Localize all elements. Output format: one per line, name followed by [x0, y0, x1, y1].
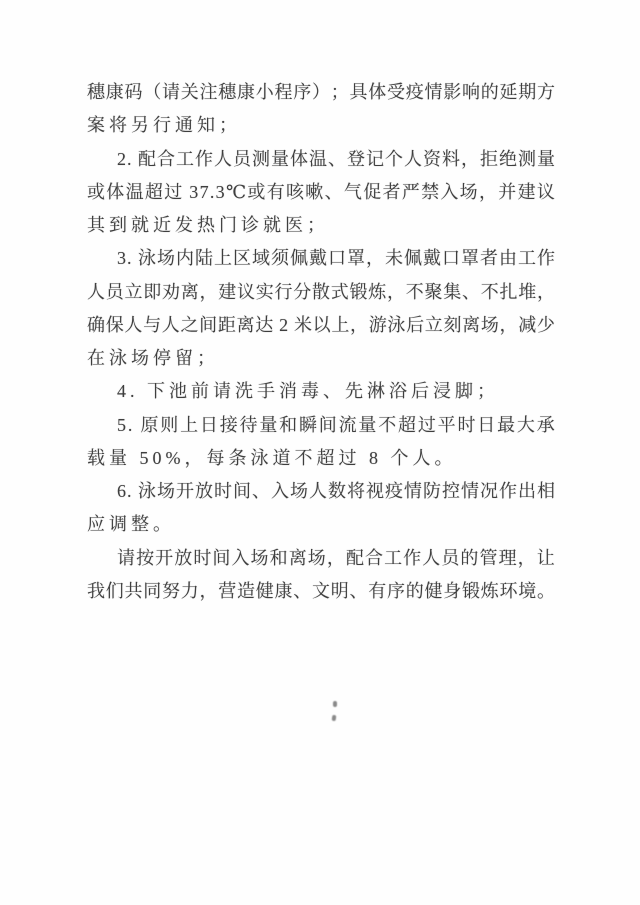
paragraph: 2. 配合工作人员测量体温、登记个人资料，拒绝测量 或体温超过 37.3℃或有咳… [87, 143, 555, 243]
paragraph: 穗康码（请关注穗康小程序）；具体受疫情影响的延期方 案将另行通知； [87, 76, 555, 143]
text-line: 4. 下池前请洗手消毒、先淋浴后浸脚； [87, 375, 555, 408]
paragraph: 5. 原则上日接待量和瞬间流量不超过平时日最大承 载量 50%，每条泳道不超过 … [87, 409, 555, 476]
paragraph: 3. 泳场内陆上区域须佩戴口罩，未佩戴口罩者由工作 人员立即劝离，建议实行分散式… [87, 242, 555, 375]
text-line: 其到就近发热门诊就医； [87, 209, 555, 242]
scan-speck [333, 701, 337, 707]
paragraph: 请按开放时间入场和离场，配合工作人员的管理，让 我们共同努力，营造健康、文明、有… [87, 542, 555, 609]
text-line: 人员立即劝离，建议实行分散式锻炼，不聚集、不扎堆， [87, 276, 555, 309]
text-line: 2. 配合工作人员测量体温、登记个人资料，拒绝测量 [87, 143, 555, 176]
body-text: 穗康码（请关注穗康小程序）；具体受疫情影响的延期方 案将另行通知； 2. 配合工… [87, 76, 555, 608]
document-page: 穗康码（请关注穗康小程序）；具体受疫情影响的延期方 案将另行通知； 2. 配合工… [0, 0, 640, 905]
paragraph: 4. 下池前请洗手消毒、先淋浴后浸脚； [87, 375, 555, 408]
text-line: 我们共同努力，营造健康、文明、有序的健身锻炼环境。 [87, 575, 555, 608]
paragraph: 6. 泳场开放时间、入场人数将视疫情防控情况作出相 应调整。 [87, 475, 555, 542]
text-line: 穗康码（请关注穗康小程序）；具体受疫情影响的延期方 [87, 76, 555, 109]
text-line: 请按开放时间入场和离场，配合工作人员的管理，让 [87, 542, 555, 575]
text-line: 应调整。 [87, 508, 555, 541]
text-line: 3. 泳场内陆上区域须佩戴口罩，未佩戴口罩者由工作 [87, 242, 555, 275]
text-line: 5. 原则上日接待量和瞬间流量不超过平时日最大承 [87, 409, 555, 442]
text-line: 在泳场停留； [87, 342, 555, 375]
scan-speck [332, 715, 337, 721]
text-line: 6. 泳场开放时间、入场人数将视疫情防控情况作出相 [87, 475, 555, 508]
text-line: 案将另行通知； [87, 109, 555, 142]
text-line: 载量 50%，每条泳道不超过 8 个人。 [87, 442, 555, 475]
text-line: 确保人与人之间距离达 2 米以上，游泳后立刻离场，减少 [87, 309, 555, 342]
text-line: 或体温超过 37.3℃或有咳嗽、气促者严禁入场，并建议 [87, 176, 555, 209]
